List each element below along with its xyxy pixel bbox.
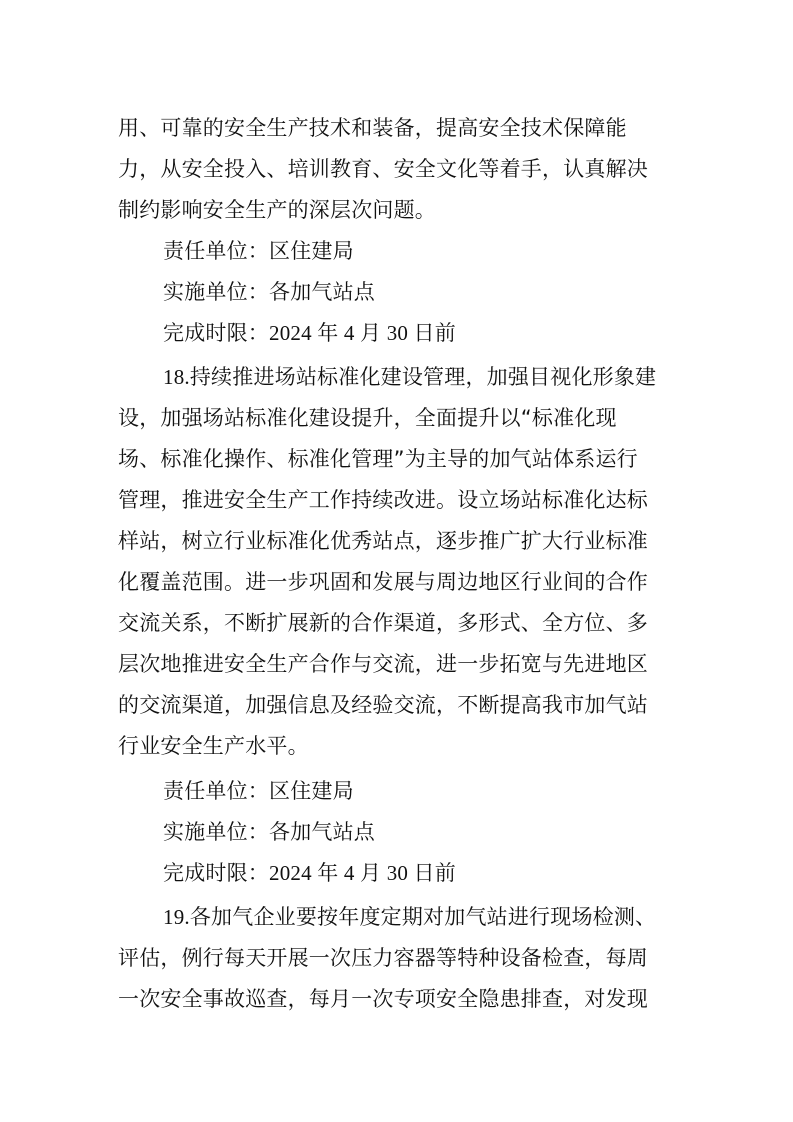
paragraph-19-line-3: 一次安全事故巡查，每月一次专项安全隐患排查，对发现	[118, 986, 648, 1012]
paragraph-19-number: 19.	[163, 905, 190, 929]
paragraph-17-line-1: 用、可靠的安全生产技术和装备，提高安全技术保障能	[118, 115, 627, 141]
paragraph-18-line-8: 层次地推进安全生产合作与交流，进一步拓宽与先进地区	[118, 651, 648, 677]
paragraph-18-number: 18.	[163, 365, 190, 389]
paragraph-19-text: 各加气企业要按年度定期对加气站进行现场检测、	[190, 905, 656, 929]
responsible-value: 区住建局	[269, 779, 354, 803]
item-18-implementer: 实施单位：各加气站点	[163, 819, 375, 845]
deadline-label: 完成时限：	[163, 321, 269, 345]
deadline-label: 完成时限：	[163, 861, 269, 885]
implementer-label: 实施单位：	[163, 280, 269, 304]
paragraph-18-line-7: 交流关系，不断扩展新的合作渠道，多形式、全方位、多	[118, 610, 648, 636]
implementer-value: 各加气站点	[269, 280, 375, 304]
paragraph-18-line-1: 18.持续推进场站标准化建设管理，加强目视化形象建	[163, 364, 656, 390]
paragraph-18-line-10: 行业安全生产水平。	[118, 733, 309, 759]
paragraph-18-line-3: 场、标准化操作、标准化管理”为主导的加气站体系运行	[118, 446, 638, 472]
implementer-value: 各加气站点	[269, 820, 375, 844]
item-17-responsible: 责任单位：区住建局	[163, 238, 354, 264]
paragraph-18-line-6: 化覆盖范围。进一步巩固和发展与周边地区行业间的合作	[118, 569, 648, 595]
responsible-label: 责任单位：	[163, 239, 269, 263]
item-18-deadline: 完成时限：2024 年 4 月 30 日前	[163, 860, 456, 886]
paragraph-19-line-1: 19.各加气企业要按年度定期对加气站进行现场检测、	[163, 904, 656, 930]
paragraph-19-line-2: 评估，例行每天开展一次压力容器等特种设备检查，每周	[118, 945, 648, 971]
responsible-value: 区住建局	[269, 239, 354, 263]
paragraph-18-line-4: 管理，推进安全生产工作持续改进。设立场站标准化达标	[118, 487, 648, 513]
responsible-label: 责任单位：	[163, 779, 269, 803]
paragraph-17-line-3: 制约影响安全生产的深层次问题。	[118, 197, 436, 223]
deadline-value: 2024 年 4 月 30 日前	[269, 861, 456, 885]
item-17-deadline: 完成时限：2024 年 4 月 30 日前	[163, 320, 456, 346]
document-page: 用、可靠的安全生产技术和装备，提高安全技术保障能 力，从安全投入、培训教育、安全…	[0, 0, 793, 1122]
item-17-implementer: 实施单位：各加气站点	[163, 279, 375, 305]
deadline-value: 2024 年 4 月 30 日前	[269, 321, 456, 345]
paragraph-18-text: 持续推进场站标准化建设管理，加强目视化形象建	[190, 365, 656, 389]
item-18-responsible: 责任单位：区住建局	[163, 778, 354, 804]
paragraph-18-line-9: 的交流渠道，加强信息及经验交流，不断提高我市加气站	[118, 692, 648, 718]
paragraph-18-line-2: 设，加强场站标准化建设提升，全面提升以“标准化现	[118, 405, 617, 431]
implementer-label: 实施单位：	[163, 820, 269, 844]
paragraph-17-line-2: 力，从安全投入、培训教育、安全文化等着手，认真解决	[118, 156, 648, 182]
paragraph-18-line-5: 样站，树立行业标准化优秀站点，逐步推广扩大行业标准	[118, 528, 648, 554]
